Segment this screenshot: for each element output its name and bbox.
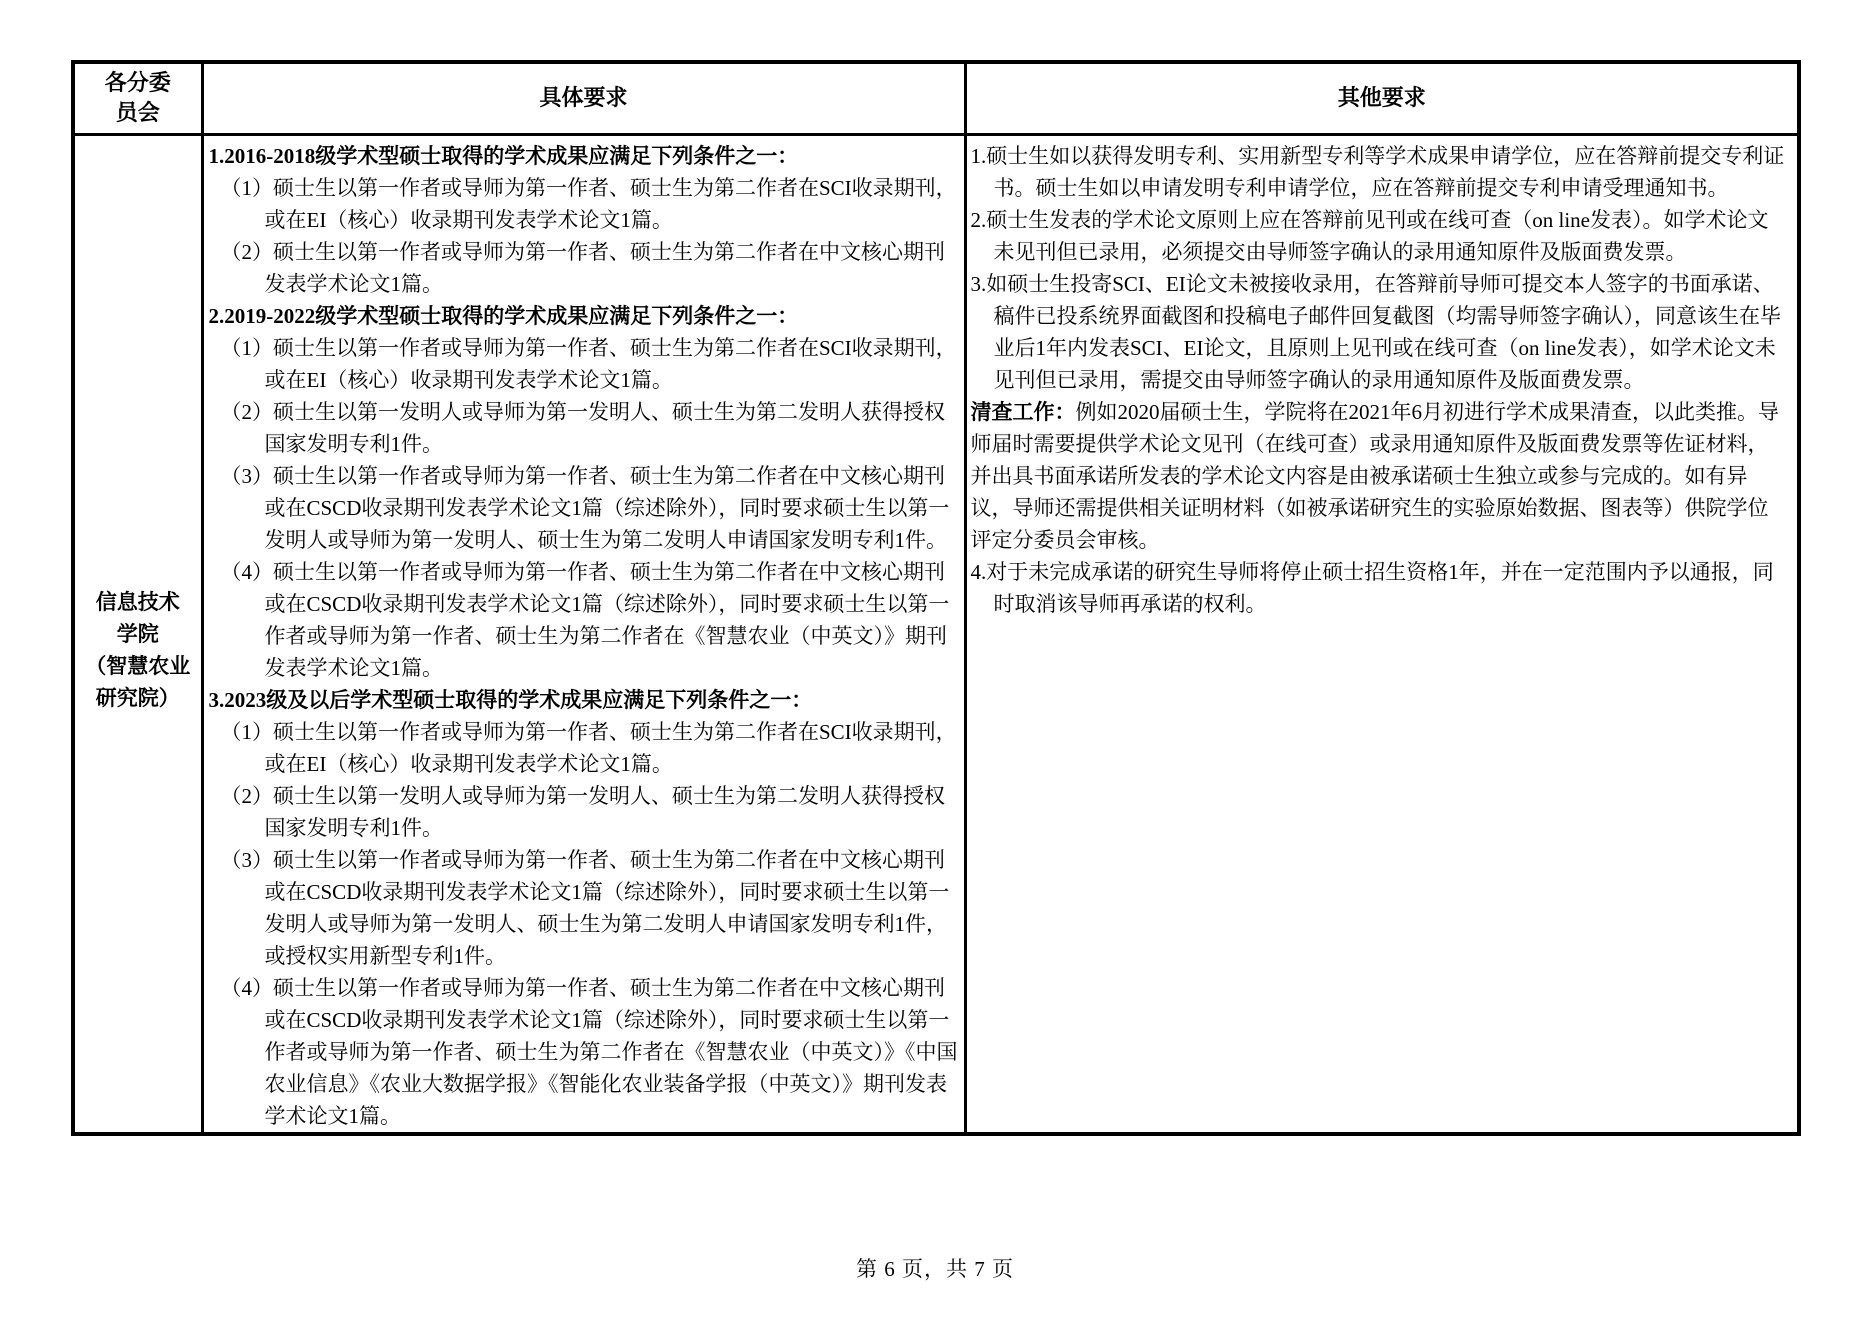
other-requirement-item: 2.硕士生发表的学术论文原则上应在答辩前见刊或在线可查（on line发表）。如…: [971, 204, 1788, 268]
audit-note-text: 例如2020届硕士生，学院将在2021年6月初进行学术成果清查，以此类推。导师届…: [971, 400, 1780, 552]
other-requirement-item: 3.如硕士生投寄SCI、EI论文未被接收录用，在答辩前导师可提交本人签字的书面承…: [971, 268, 1788, 396]
requirement-item: （2）硕士生以第一发明人或导师为第一发明人、硕士生为第二发明人获得授权国家发明专…: [215, 780, 960, 844]
header-committee: 各分委 员会: [73, 62, 202, 134]
requirement-item: （1）硕士生以第一作者或导师为第一作者、硕士生为第二作者在SCI收录期刊，或在E…: [215, 332, 960, 396]
section-title: 2.2019-2022级学术型硕士取得的学术成果应满足下列条件之一：: [209, 300, 960, 332]
requirement-item: （2）硕士生以第一作者或导师为第一作者、硕士生为第二作者在中文核心期刊发表学术论…: [215, 236, 960, 300]
other-requirement-item: 4.对于未完成承诺的研究生导师将停止硕士招生资格1年，并在一定范围内予以通报，同…: [971, 556, 1788, 620]
header-other-requirements: 其他要求: [965, 62, 1799, 134]
requirement-item: （1）硕士生以第一作者或导师为第一作者、硕士生为第二作者在SCI收录期刊，或在E…: [215, 172, 960, 236]
section-title: 1.2016-2018级学术型硕士取得的学术成果应满足下列条件之一：: [209, 140, 960, 172]
requirement-item: （1）硕士生以第一作者或导师为第一作者、硕士生为第二作者在SCI收录期刊，或在E…: [215, 716, 960, 780]
requirement-section-2016-2018: 1.2016-2018级学术型硕士取得的学术成果应满足下列条件之一： （1）硕士…: [209, 140, 960, 300]
requirement-item: （3）硕士生以第一作者或导师为第一作者、硕士生为第二作者在中文核心期刊或在CSC…: [215, 460, 960, 556]
committee-cell: 信息技术 学院 （智慧农业 研究院）: [73, 134, 202, 1134]
section-title: 3.2023级及以后学术型硕士取得的学术成果应满足下列条件之一：: [209, 684, 960, 716]
audit-note: 清查工作：例如2020届硕士生，学院将在2021年6月初进行学术成果清查，以此类…: [971, 396, 1788, 556]
audit-note-label: 清查工作：: [971, 400, 1076, 424]
requirement-section-2019-2022: 2.2019-2022级学术型硕士取得的学术成果应满足下列条件之一： （1）硕士…: [209, 300, 960, 684]
specific-requirements-cell: 1.2016-2018级学术型硕士取得的学术成果应满足下列条件之一： （1）硕士…: [202, 134, 965, 1134]
requirement-item: （4）硕士生以第一作者或导师为第一作者、硕士生为第二作者在中文核心期刊或在CSC…: [215, 972, 960, 1132]
table-row: 信息技术 学院 （智慧农业 研究院） 1.2016-2018级学术型硕士取得的学…: [73, 134, 1799, 1134]
requirement-item: （3）硕士生以第一作者或导师为第一作者、硕士生为第二作者在中文核心期刊或在CSC…: [215, 844, 960, 972]
page-number: 第 6 页，共 7 页: [0, 1253, 1870, 1283]
header-specific-requirements: 具体要求: [202, 62, 965, 134]
other-requirements-cell: 1.硕士生如以获得发明专利、实用新型专利等学术成果申请学位，应在答辩前提交专利证…: [965, 134, 1799, 1134]
requirement-section-2023-onward: 3.2023级及以后学术型硕士取得的学术成果应满足下列条件之一： （1）硕士生以…: [209, 684, 960, 1132]
requirement-item: （2）硕士生以第一发明人或导师为第一发明人、硕士生为第二发明人获得授权国家发明专…: [215, 396, 960, 460]
committee-name: 信息技术 学院 （智慧农业 研究院）: [85, 590, 190, 710]
other-requirement-item: 1.硕士生如以获得发明专利、实用新型专利等学术成果申请学位，应在答辩前提交专利证…: [971, 140, 1788, 204]
header-row: 各分委 员会 具体要求 其他要求: [73, 62, 1799, 134]
requirement-item: （4）硕士生以第一作者或导师为第一作者、硕士生为第二作者在中文核心期刊或在CSC…: [215, 556, 960, 684]
requirements-table: 各分委 员会 具体要求 其他要求 信息技术 学院 （智慧农业 研究院） 1.20…: [71, 60, 1801, 1136]
document-page: 各分委 员会 具体要求 其他要求 信息技术 学院 （智慧农业 研究院） 1.20…: [0, 0, 1870, 1323]
